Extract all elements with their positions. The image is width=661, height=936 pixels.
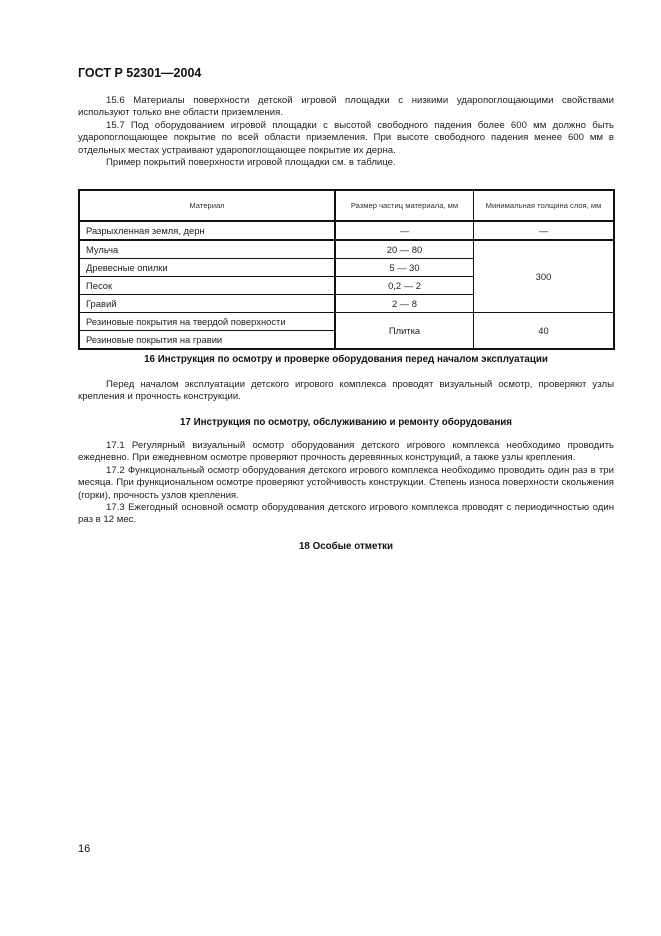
materials-table: Материал Размер частиц материала, мм Мин… (78, 189, 615, 350)
page-number: 16 (78, 843, 90, 855)
paragraph-table-reference: Пример покрытий поверхности игровой площ… (78, 157, 614, 169)
paragraph-15-6: 15.6 Материалы поверхности детской игров… (78, 95, 614, 120)
column-header-particle-size: Размер частиц материала, мм (335, 190, 474, 221)
column-header-material: Материал (79, 190, 335, 221)
paragraph-16: Перед началом эксплуатации детского игро… (78, 379, 614, 404)
section-18-heading: 18 Особые отметки (78, 541, 614, 552)
section-16-heading: 16 Инструкция по осмотру и проверке обор… (78, 354, 614, 365)
table-row: Мульча 20 — 80 300 (79, 240, 614, 259)
document-header: ГОСТ Р 52301—2004 (78, 66, 201, 80)
paragraph-17-2: 17.2 Функциональный осмотр оборудования … (78, 465, 614, 502)
column-header-min-thickness: Минимальная толщина слоя, мм (474, 190, 615, 221)
paragraph-17-1: 17.1 Регулярный визуальный осмотр оборуд… (78, 440, 614, 465)
paragraph-17-3: 17.3 Ежегодный основной осмотр оборудова… (78, 502, 614, 527)
section-17-heading: 17 Инструкция по осмотру, обслуживанию и… (78, 417, 614, 428)
paragraph-15-7: 15.7 Под оборудованием игровой площадки … (78, 120, 614, 157)
table-row: Разрыхленная земля, дерн — — (79, 221, 614, 240)
table-row: Резиновые покрытия на твердой поверхност… (79, 313, 614, 331)
